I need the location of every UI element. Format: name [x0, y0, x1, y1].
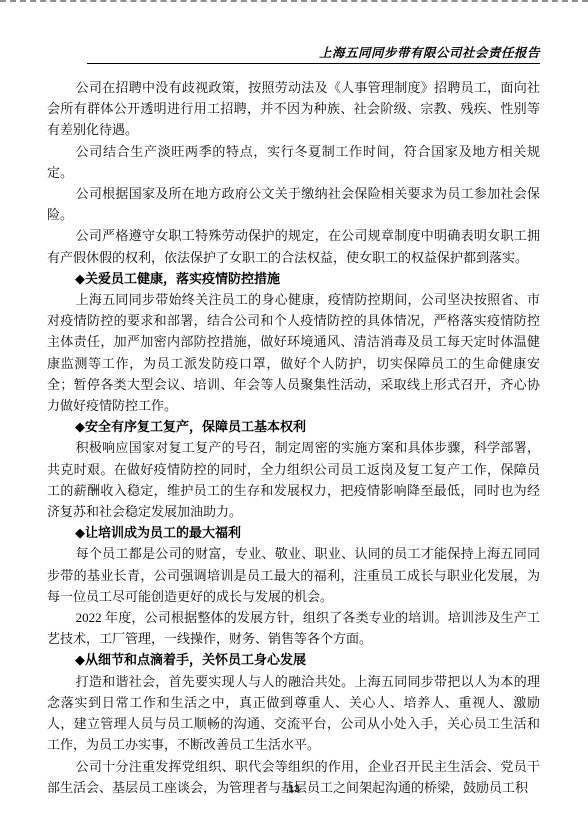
- page-number: 13: [288, 784, 299, 795]
- section-heading: ◆关爱员工健康，落实疫情防控措施: [47, 268, 540, 289]
- document-body: 公司在招聘中没有歧视政策，按照劳动法及《人事管理制度》招聘员工，面向社会所有群体…: [47, 77, 540, 798]
- diamond-bullet-icon: ◆: [75, 525, 85, 540]
- top-dashed-border: [0, 0, 588, 2]
- page-footer: 13: [0, 779, 588, 797]
- diamond-bullet-icon: ◆: [75, 652, 85, 667]
- body-paragraph: 公司根据国家及所在地方政府公文关于缴纳社会保险相关要求为员工参加社会保险。: [47, 183, 540, 225]
- body-paragraph: 积极响应国家对复工复产的号召，制定周密的实施方案和具体步骤，科学部署，共克时艰。…: [47, 437, 540, 522]
- body-paragraph: 公司结合生产淡旺两季的特点，实行冬夏制工作时间，符合国家及地方相关规定。: [47, 141, 540, 183]
- body-paragraph: 打造和谐社会，首先要实现人与人的融洽共处。上海五同同步带把以人为本的理念落实到日…: [47, 671, 540, 756]
- body-paragraph: 公司严格遵守女职工特殊劳动保护的规定，在公司规章制度中明确表明女职工拥有产假休假…: [47, 225, 540, 267]
- section-heading: ◆让培训成为员工的最大福利: [47, 522, 540, 543]
- header-rule: [87, 63, 540, 64]
- section-heading-label: 从细节和点滴着手，关怀员工身心发展: [85, 652, 306, 667]
- section-heading: ◆从细节和点滴着手，关怀员工身心发展: [47, 649, 540, 670]
- section-heading-label: 让培训成为员工的最大福利: [85, 525, 241, 540]
- section-heading-label: 安全有序复工复产，保障员工基本权利: [85, 419, 306, 434]
- report-header-title: 上海五同同步带有限公司社会责任报告: [47, 45, 540, 60]
- section-heading-label: 关爱员工健康，落实疫情防控措施: [85, 271, 280, 286]
- page-header: 上海五同同步带有限公司社会责任报告: [47, 45, 540, 64]
- diamond-bullet-icon: ◆: [75, 271, 85, 286]
- body-paragraph: 每个员工都是公司的财富，专业、敬业、职业、认同的员工才能保持上海五同同步带的基业…: [47, 543, 540, 607]
- body-paragraph: 上海五同同步带始终关注员工的身心健康，疫情防控期间，公司坚决按照省、市对疫情防控…: [47, 289, 540, 416]
- section-heading: ◆安全有序复工复产，保障员工基本权利: [47, 416, 540, 437]
- diamond-bullet-icon: ◆: [75, 419, 85, 434]
- body-paragraph: 2022 年度，公司根据整体的发展方针，组织了各类专业的培训。培训涉及生产工艺技…: [47, 607, 540, 649]
- body-paragraph: 公司在招聘中没有歧视政策，按照劳动法及《人事管理制度》招聘员工，面向社会所有群体…: [47, 77, 540, 141]
- report-page: 上海五同同步带有限公司社会责任报告 公司在招聘中没有歧视政策，按照劳动法及《人事…: [0, 0, 588, 833]
